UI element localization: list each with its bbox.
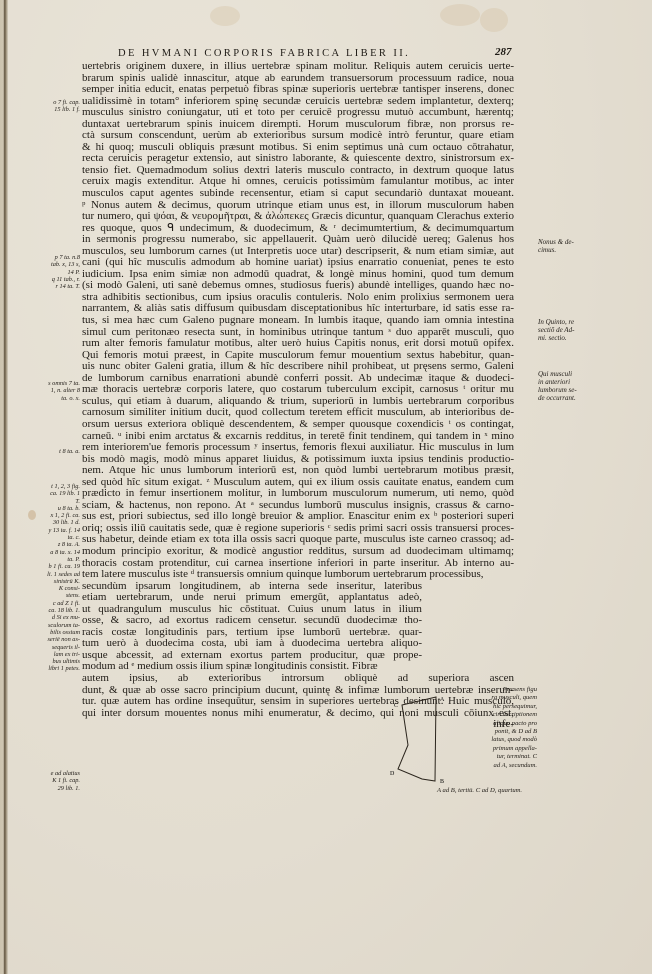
text-line: musculos caput agentes subinde recensent… (82, 188, 514, 200)
figure-label-d: D (390, 771, 395, 777)
text-line: secundùm ipsarum longitudinem, ab intern… (82, 581, 422, 593)
running-head: DE HVMANI CORPORIS FABRICA LIBER II. (118, 48, 518, 59)
text-line: recta ceruicis peragetur extensio, aut s… (82, 153, 514, 165)
text-line: ualidissimè in totam° inferiorem spinę s… (82, 96, 514, 108)
text-line: autem ipsius, ab exterioribus introrsum … (82, 673, 514, 685)
figure-label-c: C (394, 703, 398, 709)
margin-note: t 8 ta. a. (18, 448, 80, 455)
text-line: de lumborum carnibus enarrationi abundè … (82, 373, 514, 385)
text-line: stra adhibitis sectionibus, cum ipsius o… (82, 292, 514, 304)
text-line: uis nunc obiter Galeni gratia, illum & h… (82, 361, 514, 373)
text-line: osse, & sacro, ad exortus radicem censet… (82, 615, 422, 627)
text-line: etiam uertebrarum, unde nerui primum eme… (82, 592, 422, 604)
margin-note: Qui musculi in anteriori lumborum se- de… (538, 370, 608, 402)
text-line: tur numero, qui ψόαι, & νευρομῆτραι, & ἀ… (82, 211, 514, 223)
text-line: mæ thoracis uertebræ corporis latere, qu… (82, 384, 514, 396)
margin-note: Nonus & de- cimus. (538, 238, 608, 254)
text-line: oriq; ossis iliū cauitatis sede, quæ è r… (82, 523, 514, 535)
text-line: simul cum peritonæo resecta sunt, in hom… (82, 327, 514, 339)
text-line: sciam, & hactenus, non repono. At ᵃ secu… (82, 500, 514, 512)
text-line: modum ad ᵉ medium ossis ilium spinæ long… (82, 661, 422, 673)
foxing-stain (210, 6, 240, 26)
text-line: nem. Atque hic unus lumborum interiorū e… (82, 465, 514, 477)
text-line: sed quòd hîc situm exigat. ᶻ Musculum au… (82, 477, 514, 489)
page-gutter (0, 0, 8, 974)
text-line: modum principio exoritur, & modicè angus… (82, 546, 514, 558)
text-line: res quoque, quos ᑫ undecimum, & duodecim… (82, 223, 514, 235)
text-line: ᵖ Nonus autem & decimus, quorum utrinque… (82, 200, 514, 212)
figure-caption: Præsens figu ra musculi, quem hic perseq… (447, 686, 537, 770)
margin-note: t 1, 2, 3 fig. ca. 19 lib. 1 T. u 8 ta. … (18, 483, 80, 673)
main-text-block: uertebris originem duxere, in illius uer… (82, 61, 514, 731)
text-line: bis modò magis, modò minus apparet liuid… (82, 454, 514, 466)
foxing-stain (480, 8, 508, 32)
text-line: sus est, priori subiectus, sed illo long… (82, 511, 514, 523)
text-line: usque abcessit, ad externam exortus part… (82, 650, 422, 662)
text-line: tum uerò à duodecima costa, ubi iam à du… (82, 638, 422, 650)
text-line: thoracis costam protenditur, cui carnea … (82, 558, 514, 570)
text-line: uertebris originem duxere, in illius uer… (82, 61, 514, 73)
text-line: narrantem, & aliàs satis diffusum quibus… (82, 303, 514, 315)
figure-label-a: A (440, 697, 445, 703)
margin-note: s omnis 7 ta. 1, n. alter 8 ta. o. x. (18, 380, 80, 402)
text-line: duntaxat uertebrarum spinis inuicem dire… (82, 119, 514, 131)
text-line: tus, si mea hæc cum Galeno pugnare monea… (82, 315, 514, 327)
text-line: Qui femoris motui præest, in Capite musc… (82, 350, 514, 362)
text-line: sus habetur, deinde etiam ex tota illa o… (82, 534, 514, 546)
text-line: prædicto in femur insertionem molitur, i… (82, 488, 514, 500)
text-line: musculos, seu lumborum carnes (ut Interp… (82, 246, 514, 258)
text-line: rum alter femoris famulatur motibus, alt… (82, 338, 514, 350)
quadrilateral-muscle-figure: C A D B (388, 695, 448, 785)
text-line: racis costæ longitudinis pars, tertium i… (82, 627, 422, 639)
text-line: (si modò Galeni, uti sanè debemus omnes,… (82, 280, 514, 292)
text-line: ceruix magis extenditur. Atque hi omnes,… (82, 176, 514, 188)
margin-note: o 7 fi. cap. 15 lib. 1 f. (18, 99, 80, 114)
text-line: ctà sursum conscendunt, uerùm ab exterio… (82, 130, 514, 142)
foxing-stain (440, 4, 480, 26)
book-page: DE HVMANI CORPORIS FABRICA LIBER II. 287… (0, 0, 652, 974)
text-line: musculus sinistro coniungatur, uti et to… (82, 107, 514, 119)
text-line: in sermonis progressu numerabo, sic appe… (82, 234, 514, 246)
text-line: brarum spinis ualidè innascitur, atque a… (82, 73, 514, 85)
text-line: & hi quoq; musculi obliquis præsunt moti… (82, 142, 514, 154)
text-line: tensio fiet. Quemadmodum solius dextri l… (82, 165, 514, 177)
margin-note: In Quinto, re sectiō de Ad- mi. sectio. (538, 318, 608, 342)
page-number: 287 (495, 46, 512, 58)
text-line: carnosum similiter initium ducit, quod c… (82, 407, 514, 419)
text-line: tem latere musculus iste ᵈ transuersis o… (82, 569, 514, 581)
text-line: cani (qui hîc musculis admodum ab homine… (82, 257, 514, 269)
figure-label-b: B (440, 779, 444, 785)
text-line: semper initia educit, enatas perpetuò fi… (82, 84, 514, 96)
text-line: orsum uersus exteriora obliquè descenden… (82, 419, 514, 431)
text-line: sculus, qui etiam à duarum, aliquando & … (82, 396, 514, 408)
text-line: carneū. ᵘ inibi enim arctatus & excarnis… (82, 431, 514, 443)
margin-note: e ad alatius K 1 fi. cap. 29 lib. 1. (18, 770, 80, 792)
text-line: rem interiorem'ue femoris processum ʸ in… (82, 442, 514, 454)
text-line: ut quadrangulum musculus hic cōstituat. … (82, 604, 422, 616)
figure-caption-tail: A ad B, tertiū. C ad D, quartum. (437, 787, 537, 794)
margin-note: p 7 ta. n.8 tab. x, 13 s, 14 P. q 11 tab… (18, 254, 80, 290)
text-line: iudicium. Ipsa enim simiæ non admodū qua… (82, 269, 514, 281)
